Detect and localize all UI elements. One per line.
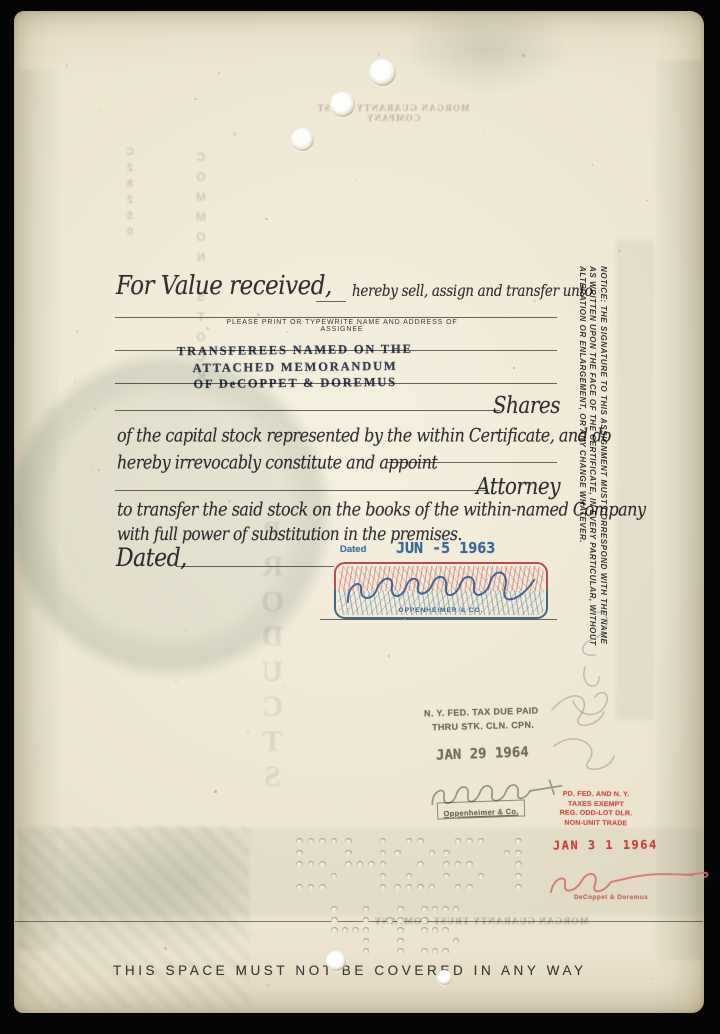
speckle-dot	[74, 381, 76, 383]
speckle-dot	[284, 685, 286, 687]
punch-hole-top-2	[330, 92, 355, 117]
speckle-dot	[94, 408, 96, 410]
speckle-dot	[592, 589, 594, 591]
speckle-dot	[343, 37, 345, 39]
punch-hole-top-3	[291, 128, 314, 151]
speckle-dot	[218, 72, 220, 74]
scanned-certificate-back: MORGAN GUARANTY TRUST COMPANY C28250 COM…	[0, 0, 720, 1034]
speckle-dot	[194, 98, 196, 100]
speckle-dot	[546, 667, 548, 669]
speckle-dot	[424, 764, 426, 766]
speckle-dot	[286, 331, 288, 333]
speckle-dot	[646, 200, 648, 202]
speckle-dot	[214, 790, 217, 793]
speckle-dot	[468, 727, 470, 729]
speckle-dot	[656, 723, 658, 725]
punch-hole-top-1	[369, 59, 396, 86]
speckle-dot	[174, 842, 176, 844]
speckle-dot	[99, 110, 101, 112]
punch-hole-bottom-2	[437, 970, 452, 985]
speckle-dot	[306, 362, 309, 365]
speckle-dot	[181, 195, 184, 198]
speckle-dot	[228, 500, 231, 503]
speckle-dot	[592, 164, 594, 166]
speckle-dot	[175, 680, 177, 682]
speckle-dot	[266, 984, 269, 987]
speckle-dot	[378, 53, 381, 56]
speckle-dot	[484, 132, 487, 135]
speckle-dot	[677, 85, 679, 87]
speckle-dot	[260, 250, 262, 252]
security-speckles	[0, 0, 720, 1034]
speckle-dot	[168, 540, 171, 543]
speckle-dot	[513, 912, 515, 914]
speckle-dot	[485, 578, 488, 581]
speckle-dot	[533, 300, 536, 303]
speckle-dot	[206, 327, 209, 330]
speckle-dot	[359, 384, 362, 387]
speckle-dot	[618, 249, 621, 252]
speckle-dot	[164, 947, 167, 950]
speckle-dot	[76, 330, 79, 333]
speckle-dot	[651, 978, 653, 980]
speckle-dot	[513, 367, 515, 369]
speckle-dot	[37, 748, 40, 751]
speckle-dot	[98, 469, 100, 471]
speckle-dot	[101, 175, 103, 177]
speckle-dot	[257, 313, 259, 315]
punch-hole-bottom-1	[326, 951, 346, 971]
speckle-dot	[265, 218, 267, 220]
speckle-dot	[522, 54, 525, 57]
speckle-dot	[91, 466, 93, 468]
speckle-dot	[184, 630, 186, 632]
speckle-dot	[95, 239, 97, 241]
speckle-dot	[247, 731, 249, 733]
speckle-dot	[388, 655, 390, 657]
speckle-dot	[404, 619, 407, 622]
speckle-dot	[66, 64, 68, 66]
speckle-dot	[382, 927, 384, 929]
speckle-dot	[522, 433, 524, 435]
speckle-dot	[233, 132, 236, 135]
speckle-dot	[356, 179, 358, 181]
